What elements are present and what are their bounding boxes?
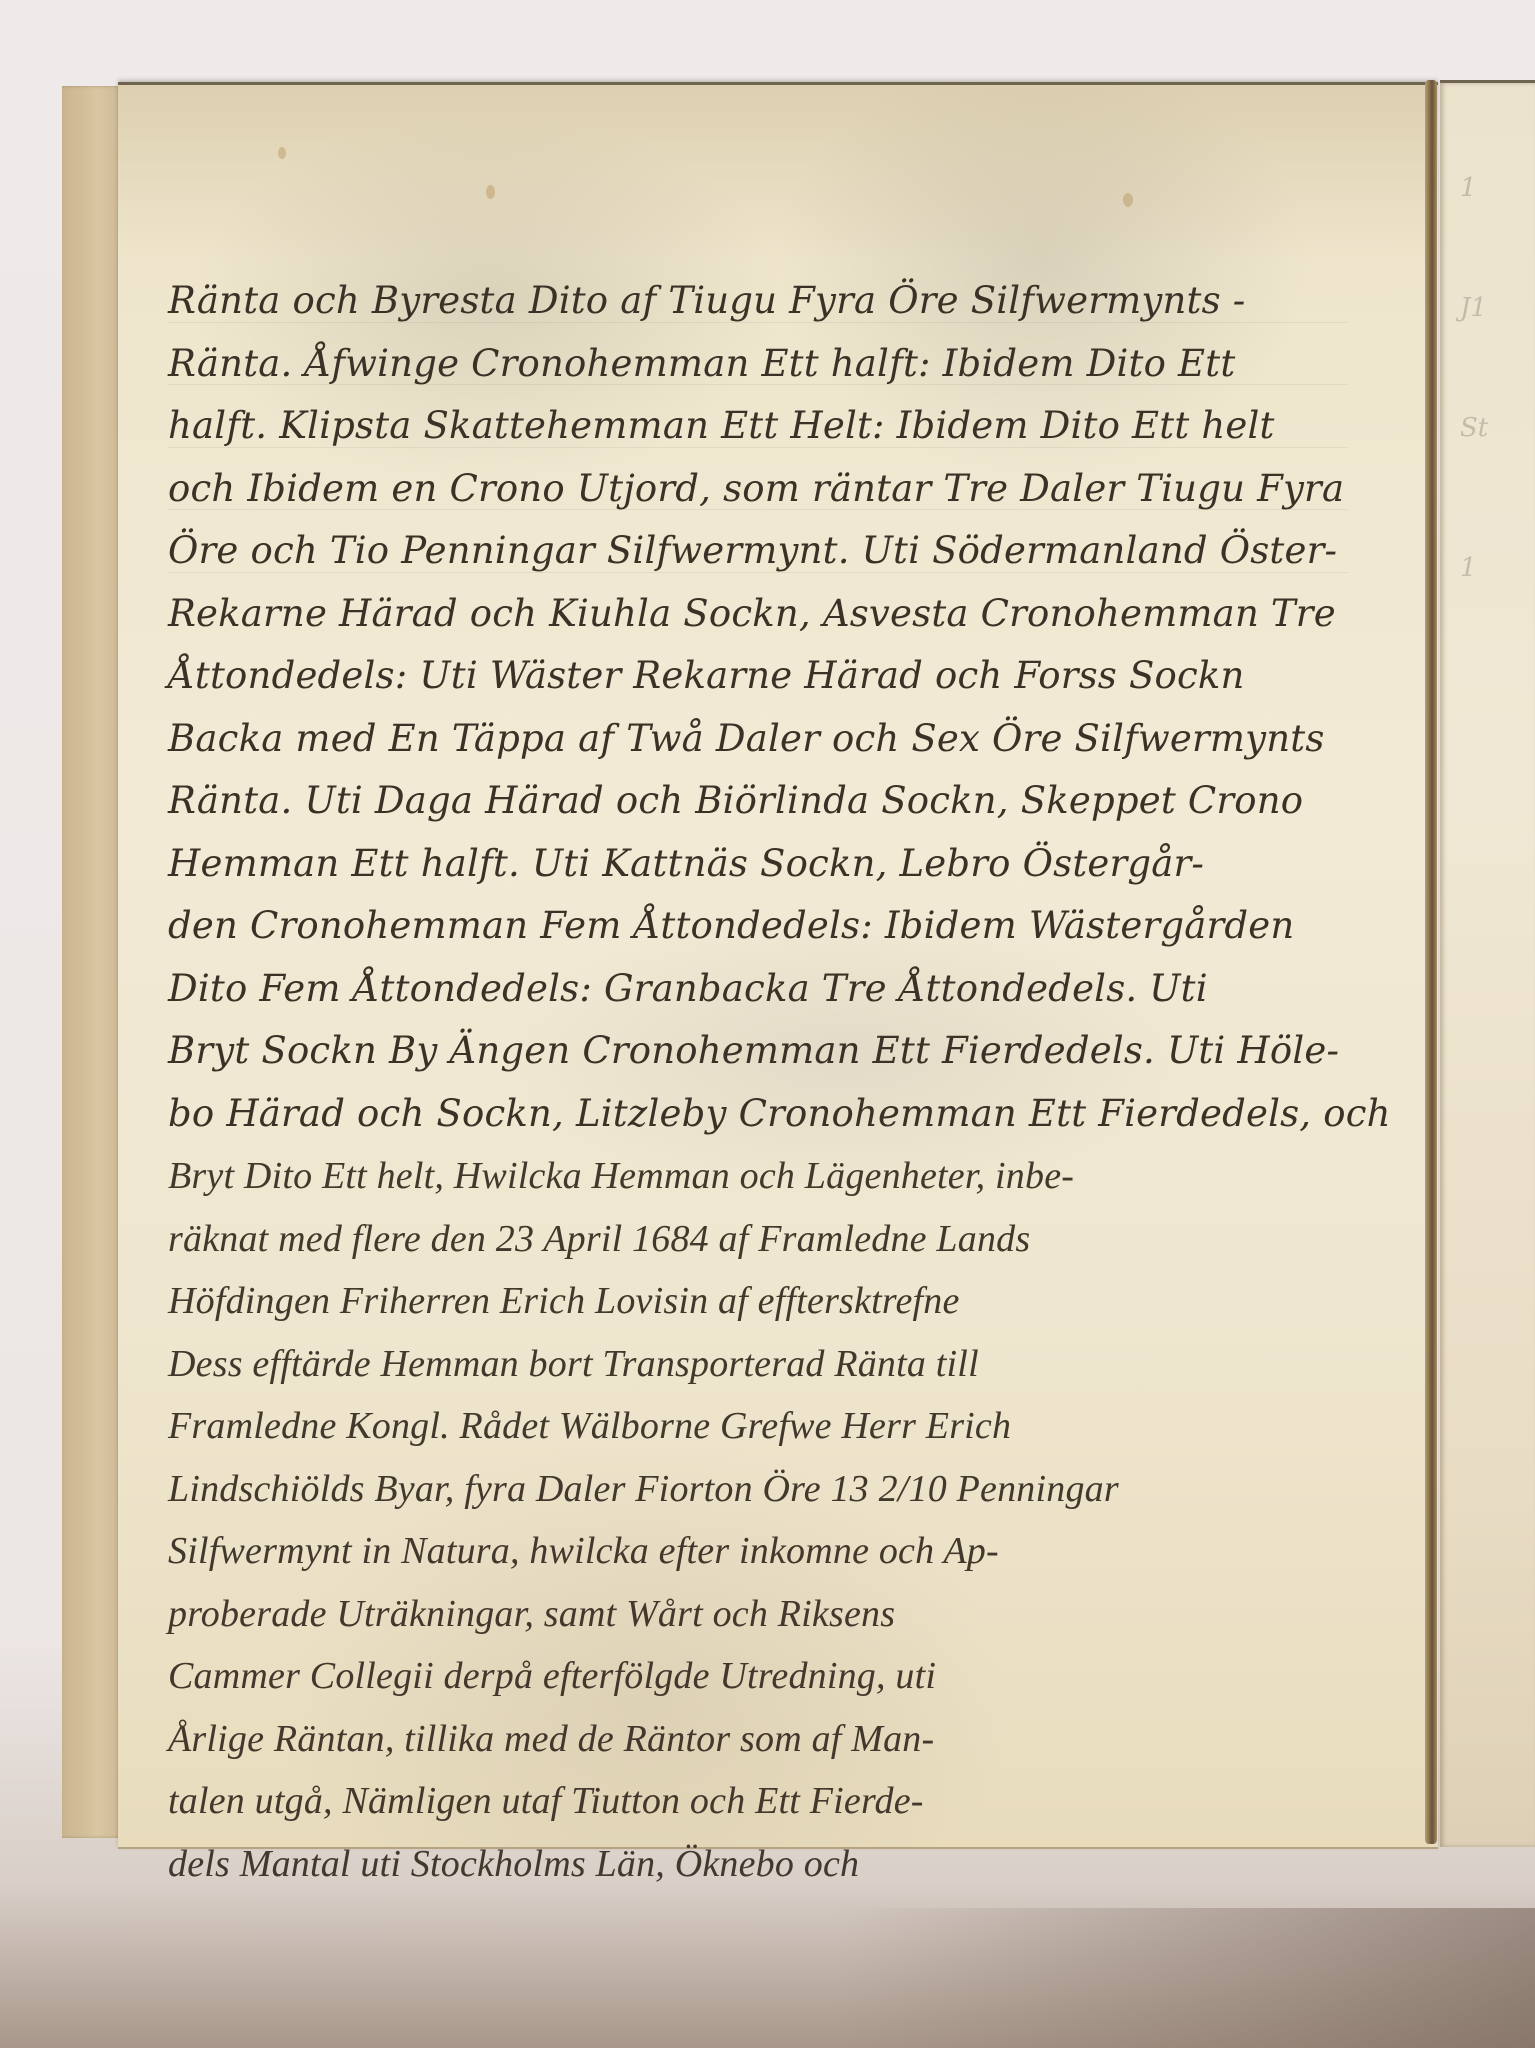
line-text: Dess efftärde Hemman bort Transporterad … bbox=[168, 1343, 979, 1385]
line-text: Lindschiölds Byar, fyra Daler Fiorton Ör… bbox=[168, 1468, 1119, 1510]
page-left-fold-edge bbox=[62, 86, 122, 1838]
manuscript-line: bo Härad och Sockn, Litzleby Cronohemman… bbox=[168, 1083, 1368, 1146]
manuscript-line: Backa med En Täppa af Twå Daler och Sex … bbox=[168, 708, 1368, 771]
line-text: Hemman Ett halft. Uti Kattnäs Sockn, Leb… bbox=[168, 842, 1204, 885]
manuscript-line: talen utgå, Nämligen utaf Tiutton och Et… bbox=[168, 1770, 1368, 1833]
line-text: Höfdingen Friherren Erich Lovisin af eff… bbox=[168, 1280, 960, 1322]
scan-background-shadow bbox=[835, 1908, 1535, 2048]
manuscript-line: Höfdingen Friherren Erich Lovisin af eff… bbox=[168, 1270, 1368, 1333]
line-text: halft. Klipsta Skattehemman Ett Helt: Ib… bbox=[168, 404, 1275, 447]
bleed-through-mark: St bbox=[1460, 413, 1488, 443]
manuscript-line: Öre och Tio Penningar Silfwermynt. Uti S… bbox=[168, 520, 1368, 583]
ruled-line bbox=[168, 384, 1348, 385]
ruled-line bbox=[168, 572, 1348, 573]
line-text: talen utgå, Nämligen utaf Tiutton och Et… bbox=[168, 1780, 924, 1822]
manuscript-line: Åttondedels: Uti Wäster Rekarne Härad oc… bbox=[168, 645, 1368, 708]
manuscript-line: Framledne Kongl. Rådet Wälborne Grefwe H… bbox=[168, 1395, 1368, 1458]
manuscript-line: Ränta. Uti Daga Härad och Biörlinda Sock… bbox=[168, 770, 1368, 833]
manuscript-line: dels Mantal uti Stockholms Län, Öknebo o… bbox=[168, 1833, 1368, 1896]
ruled-line bbox=[168, 509, 1348, 510]
manuscript-line: Ränta. Åfwinge Cronohemman Ett halft: Ib… bbox=[168, 333, 1368, 396]
manuscript-line: Bryt Dito Ett helt, Hwilcka Hemman och L… bbox=[168, 1145, 1368, 1208]
line-text: och Ibidem en Crono Utjord, som räntar T… bbox=[168, 467, 1344, 510]
bleed-through-mark: 1 bbox=[1460, 173, 1477, 203]
line-text: Rekarne Härad och Kiuhla Sockn, Asvesta … bbox=[168, 592, 1336, 635]
line-text: den Cronohemman Fem Åttondedels: Ibidem … bbox=[168, 904, 1294, 947]
line-text: Ränta och Byresta Dito af Tiugu Fyra Öre… bbox=[168, 279, 1245, 322]
manuscript-line: Hemman Ett halft. Uti Kattnäs Sockn, Leb… bbox=[168, 833, 1368, 896]
next-page-sliver: 1 J1 St 1 bbox=[1440, 80, 1535, 1847]
ink-stain bbox=[1123, 193, 1133, 207]
manuscript-line: Årlige Räntan, tillika med de Räntor som… bbox=[168, 1708, 1368, 1771]
line-text: proberade Uträkningar, samt Wårt och Rik… bbox=[168, 1593, 895, 1635]
line-text: Ränta. Uti Daga Härad och Biörlinda Sock… bbox=[168, 779, 1303, 822]
manuscript-line: den Cronohemman Fem Åttondedels: Ibidem … bbox=[168, 895, 1368, 958]
line-text: Åttondedels: Uti Wäster Rekarne Härad oc… bbox=[168, 654, 1245, 697]
manuscript-line: Lindschiölds Byar, fyra Daler Fiorton Ör… bbox=[168, 1458, 1368, 1521]
line-text: Cammer Collegii derpå efterfölgde Utredn… bbox=[168, 1655, 936, 1697]
ruled-line bbox=[168, 322, 1348, 323]
ink-stain bbox=[486, 185, 495, 199]
line-text: räknat med flere den 23 April 1684 af Fr… bbox=[168, 1218, 1030, 1260]
manuscript-text-block: Ränta och Byresta Dito af Tiugu Fyra Öre… bbox=[168, 270, 1368, 1895]
manuscript-line: proberade Uträkningar, samt Wårt och Rik… bbox=[168, 1583, 1368, 1646]
book-binding-gutter bbox=[1425, 80, 1437, 1844]
line-text: Framledne Kongl. Rådet Wälborne Grefwe H… bbox=[168, 1405, 1011, 1447]
manuscript-line: Silfwermynt in Natura, hwilcka efter ink… bbox=[168, 1520, 1368, 1583]
manuscript-line: Bryt Sockn By Ängen Cronohemman Ett Fier… bbox=[168, 1020, 1368, 1083]
line-text: Backa med En Täppa af Twå Daler och Sex … bbox=[168, 717, 1325, 760]
line-text: Bryt Dito Ett helt, Hwilcka Hemman och L… bbox=[168, 1155, 1074, 1197]
manuscript-line: och Ibidem en Crono Utjord, som räntar T… bbox=[168, 458, 1368, 521]
manuscript-line: Cammer Collegii derpå efterfölgde Utredn… bbox=[168, 1645, 1368, 1708]
manuscript-line: Ränta och Byresta Dito af Tiugu Fyra Öre… bbox=[168, 270, 1368, 333]
manuscript-line: Rekarne Härad och Kiuhla Sockn, Asvesta … bbox=[168, 583, 1368, 646]
ruled-line bbox=[168, 447, 1348, 448]
bleed-through-mark: 1 bbox=[1460, 553, 1477, 583]
manuscript-line: Dess efftärde Hemman bort Transporterad … bbox=[168, 1333, 1368, 1396]
line-text: bo Härad och Sockn, Litzleby Cronohemman… bbox=[168, 1092, 1391, 1135]
manuscript-line: halft. Klipsta Skattehemman Ett Helt: Ib… bbox=[168, 395, 1368, 458]
bleed-through-mark: J1 bbox=[1460, 293, 1487, 323]
line-text: Öre och Tio Penningar Silfwermynt. Uti S… bbox=[168, 529, 1337, 572]
line-text: Årlige Räntan, tillika med de Räntor som… bbox=[168, 1718, 934, 1760]
line-text: Ränta. Åfwinge Cronohemman Ett halft: Ib… bbox=[168, 342, 1235, 385]
line-text: dels Mantal uti Stockholms Län, Öknebo o… bbox=[168, 1843, 859, 1885]
manuscript-line: räknat med flere den 23 April 1684 af Fr… bbox=[168, 1208, 1368, 1271]
line-text: Dito Fem Åttondedels: Granbacka Tre Åtto… bbox=[168, 967, 1208, 1010]
ink-stain bbox=[278, 147, 286, 159]
line-text: Silfwermynt in Natura, hwilcka efter ink… bbox=[168, 1530, 999, 1572]
manuscript-line: Dito Fem Åttondedels: Granbacka Tre Åtto… bbox=[168, 958, 1368, 1021]
line-text: Bryt Sockn By Ängen Cronohemman Ett Fier… bbox=[168, 1029, 1339, 1072]
